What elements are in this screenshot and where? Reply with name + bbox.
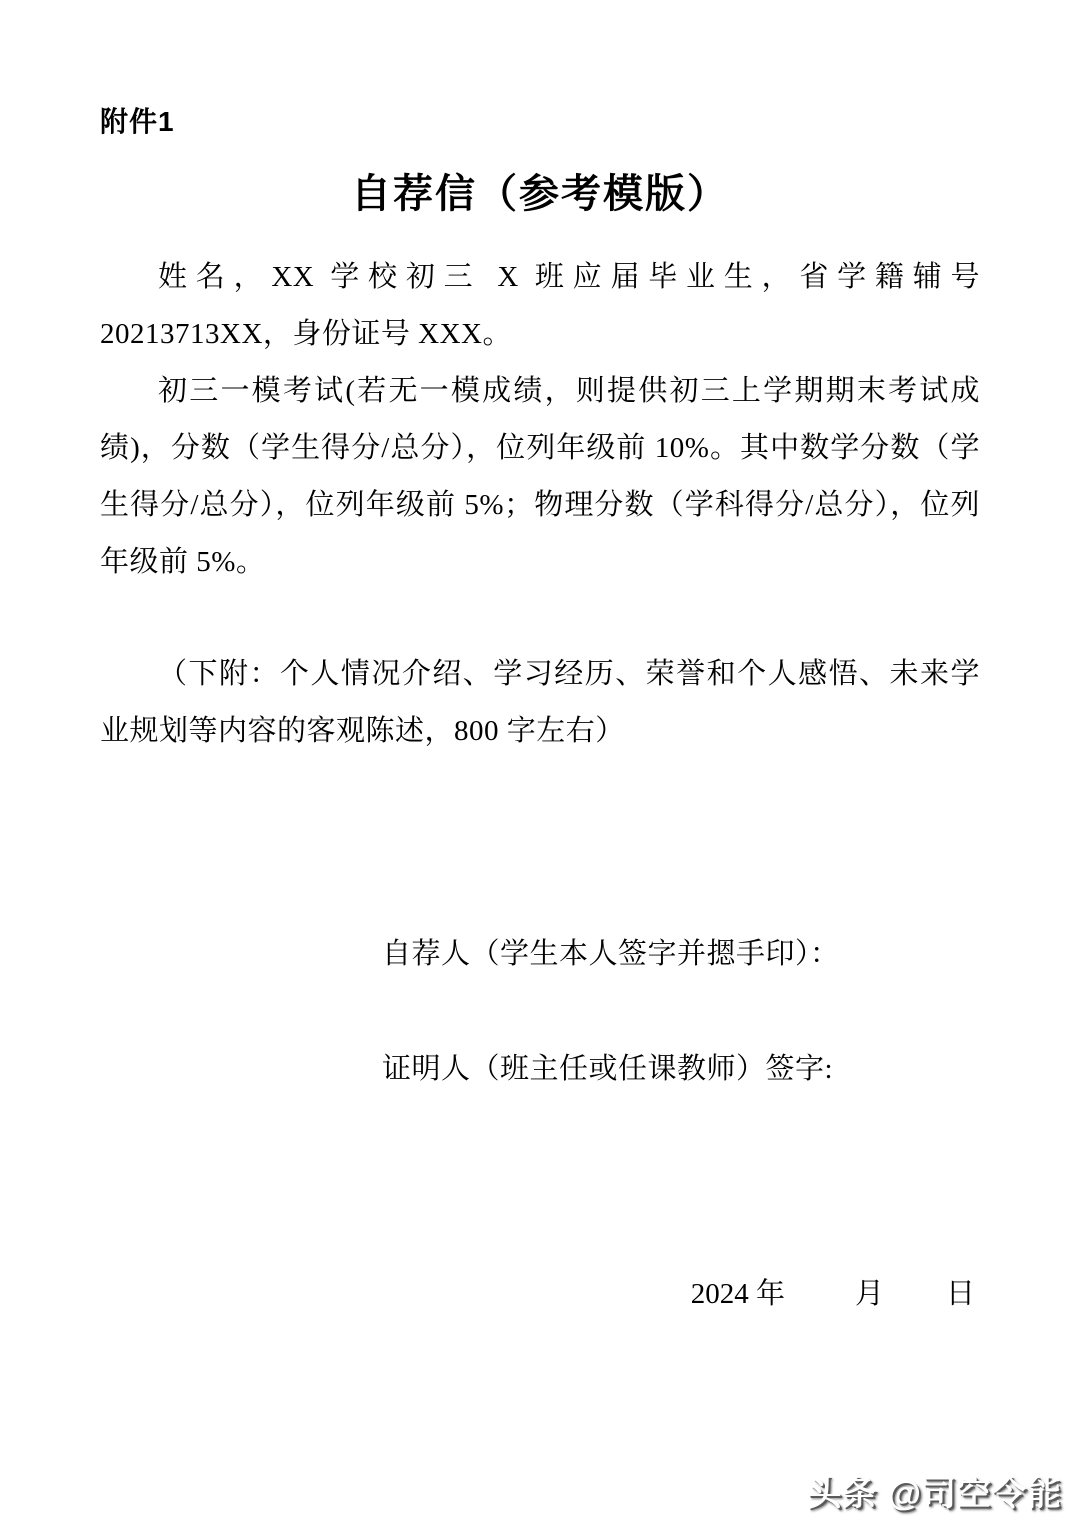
signature-line-witness: 证明人（班主任或任课教师）签字: (382, 1041, 980, 1098)
paragraph-attachment-note: （下附：个人情况介绍、学习经历、荣誉和个人感悟、未来学业规划等内容的客观陈述，8… (100, 646, 980, 760)
document-title: 自荐信（参考模版） (100, 171, 980, 217)
paragraph-student-info: 姓名，XX 学校初三 X 班应届毕业生，省学籍辅号 20213713XX，身份证… (100, 249, 980, 363)
date-day: 日 (946, 1266, 975, 1323)
signature-line-self-recommender: 自荐人（学生本人签字并摁手印）： (382, 926, 980, 983)
toutiao-watermark: 头条 @司空令能 (807, 1466, 1062, 1515)
attachment-label: 附件1 (100, 105, 980, 139)
date-year: 2024 年 (691, 1266, 785, 1323)
date-line: 2024 年 月 日 (100, 1266, 980, 1323)
document-body: 姓名，XX 学校初三 X 班应届毕业生，省学籍辅号 20213713XX，身份证… (100, 249, 980, 760)
document-page: 附件1 自荐信（参考模版） 姓名，XX 学校初三 X 班应届毕业生，省学籍辅号 … (0, 0, 1080, 1528)
paragraph-exam-scores: 初三一模考试(若无一模成绩，则提供初三上学期期末考试成绩)，分数（学生得分/总分… (100, 363, 980, 591)
date-month: 月 (855, 1266, 884, 1323)
